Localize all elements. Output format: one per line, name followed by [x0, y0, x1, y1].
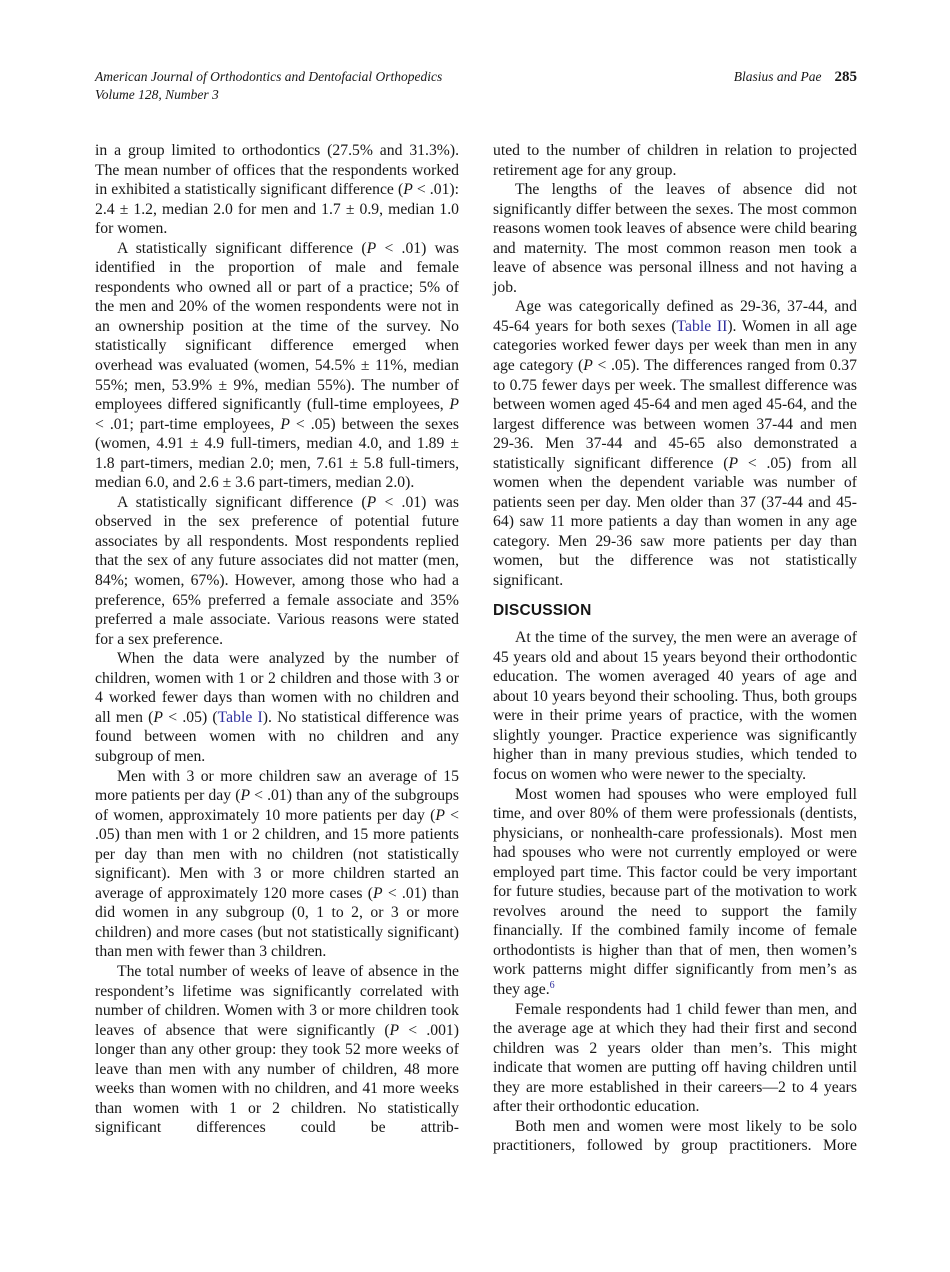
- paragraph: Most women had spouses who were employed…: [493, 785, 857, 1000]
- left-column: in a group limited to orthodontics (27.5…: [95, 141, 459, 1156]
- table-2-link[interactable]: Table II: [677, 318, 728, 335]
- text-run: < .05) from all women when the dependent…: [493, 455, 857, 589]
- italic-text-run: P: [390, 1022, 400, 1039]
- journal-info: American Journal of Orthodontics and Den…: [95, 68, 442, 103]
- authors-running-head: Blasius and Pae: [734, 69, 822, 84]
- italic-text-run: P: [280, 416, 290, 433]
- text-run: The lengths of the leaves of absence did…: [493, 181, 857, 296]
- paragraph: Men with 3 or more children saw an avera…: [95, 767, 459, 962]
- paragraph: Both men and women were most likely to b…: [493, 1117, 857, 1156]
- page-header: American Journal of Orthodontics and Den…: [95, 68, 857, 103]
- running-head: Blasius and Pae285: [734, 68, 857, 87]
- paragraph: in a group limited to orthodontics (27.5…: [95, 141, 459, 239]
- journal-page: American Journal of Orthodontics and Den…: [0, 0, 950, 1272]
- italic-text-run: P: [240, 787, 250, 804]
- paragraph: At the time of the survey, the men were …: [493, 628, 857, 784]
- italic-text-run: P: [153, 709, 163, 726]
- page-number: 285: [835, 69, 858, 85]
- text-run: < .01) was identified in the proportion …: [95, 240, 459, 413]
- italic-text-run: P: [583, 357, 593, 374]
- italic-text-run: P: [403, 181, 413, 198]
- journal-title: American Journal of Orthodontics and Den…: [95, 68, 442, 86]
- paragraph: Age was categorically defined as 29-36, …: [493, 297, 857, 590]
- journal-volume-line: Volume 128, Number 3: [95, 86, 442, 104]
- italic-text-run: P: [728, 455, 738, 472]
- right-column: uted to the number of children in relati…: [493, 141, 857, 1156]
- italic-text-run: P: [367, 494, 377, 511]
- italic-text-run: P: [449, 396, 459, 413]
- section-heading: DISCUSSION: [493, 601, 857, 621]
- paragraph: uted to the number of children in relati…: [493, 141, 857, 180]
- italic-text-run: P: [367, 240, 377, 257]
- text-run: A statistically significant difference (: [117, 494, 367, 511]
- paragraph: A statistically significant difference (…: [95, 493, 459, 649]
- text-run: < .01; part-time employees,: [95, 416, 280, 433]
- text-run: At the time of the survey, the men were …: [493, 629, 857, 783]
- paragraph: The lengths of the leaves of absence did…: [493, 180, 857, 297]
- paragraph: A statistically significant difference (…: [95, 239, 459, 493]
- reference-6-link[interactable]: 6: [550, 980, 555, 991]
- italic-text-run: P: [435, 807, 445, 824]
- text-run: < .01) was observed in the sex preferenc…: [95, 494, 459, 648]
- text-run: Most women had spouses who were employed…: [493, 786, 857, 998]
- text-run: Female respondents had 1 child fewer tha…: [493, 1001, 857, 1116]
- italic-text-run: P: [373, 885, 383, 902]
- text-run: < .05) (: [163, 709, 218, 726]
- paragraph: Female respondents had 1 child fewer tha…: [493, 1000, 857, 1117]
- text-run: Both men and women were most likely to b…: [493, 1118, 857, 1155]
- text-run: uted to the number of children in relati…: [493, 142, 857, 179]
- text-run: A statistically significant difference (: [117, 240, 367, 257]
- table-1-link[interactable]: Table I: [218, 709, 263, 726]
- paragraph: The total number of weeks of leave of ab…: [95, 962, 459, 1138]
- article-body: in a group limited to orthodontics (27.5…: [95, 141, 857, 1156]
- paragraph: When the data were analyzed by the numbe…: [95, 649, 459, 766]
